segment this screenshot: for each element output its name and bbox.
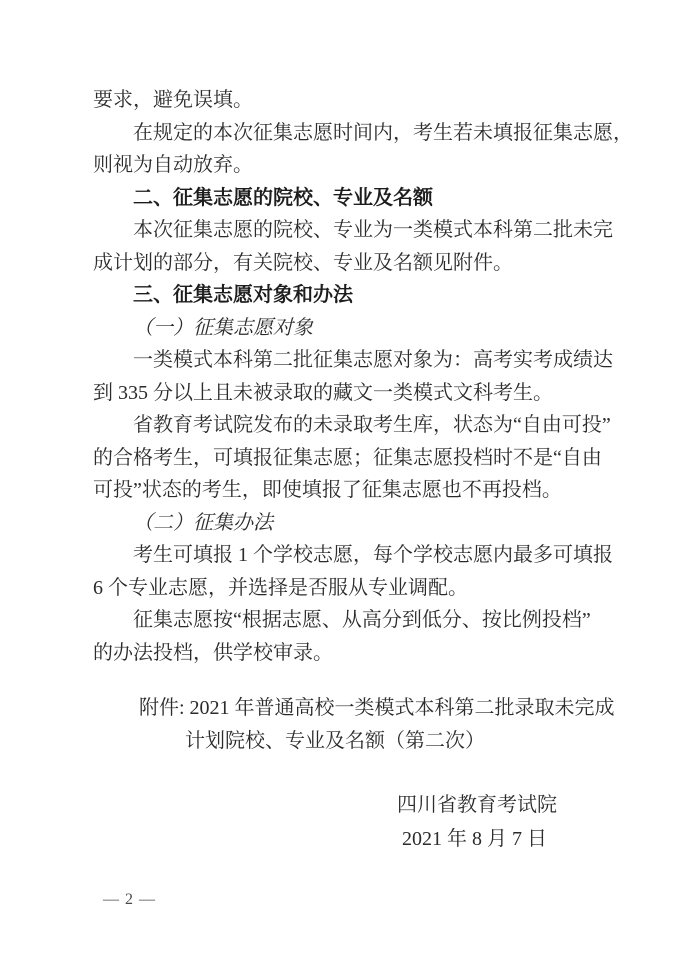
sub-heading: （一）征集志愿对象 [93,312,603,345]
text-line: 本次征集志愿的院校、专业为一类模式本科第二批未完 [93,214,603,247]
text-line: 考生可填报 1 个学校志愿，每个学校志愿内最多可填报 [93,539,603,572]
signature-issuer: 四川省教育考试院 [397,795,557,815]
text-line: 6 个专业志愿，并选择是否服从专业调配。 [93,572,603,605]
attachment-block: 附件: 2021 年普通高校一类模式本科第二批录取未完成 计划院校、专业及名额（… [93,692,623,758]
attachment-line-2: 计划院校、专业及名额（第二次） [93,725,623,758]
text-line: 的合格考生，可填报征集志愿；征集志愿投档时不是“自由 [93,442,603,475]
text-line: 在规定的本次征集志愿时间内，考生若未填报征集志愿， [93,117,603,150]
page-number: — 2 — [103,891,156,909]
signature-date: 2021 年 8 月 7 日 [402,829,547,849]
text-line: 到 335 分以上且未被录取的藏文一类模式文科考生。 [93,377,603,410]
text-line: 一类模式本科第二批征集志愿对象为：高考实考成绩达 [93,344,603,377]
document-page: 要求，避免误填。在规定的本次征集志愿时间内，考生若未填报征集志愿，则视为自动放弃… [0,0,680,961]
document-body: 要求，避免误填。在规定的本次征集志愿时间内，考生若未填报征集志愿，则视为自动放弃… [93,84,603,669]
text-line: 省教育考试院发布的未录取考生库，状态为“自由可投” [93,409,603,442]
text-line: 则视为自动放弃。 [93,149,603,182]
section-heading: 二、征集志愿的院校、专业及名额 [93,182,603,215]
text-line: 可投”状态的考生，即使填报了征集志愿也不再投档。 [93,474,603,507]
sub-heading: （二）征集办法 [93,507,603,540]
text-line: 要求，避免误填。 [93,84,603,117]
text-line: 的办法投档，供学校审录。 [93,637,603,670]
attachment-line-1: 附件: 2021 年普通高校一类模式本科第二批录取未完成 [93,692,623,725]
section-heading: 三、征集志愿对象和办法 [93,279,603,312]
text-line: 成计划的部分，有关院校、专业及名额见附件。 [93,247,603,280]
text-line: 征集志愿按“根据志愿、从高分到低分、按比例投档” [93,604,603,637]
